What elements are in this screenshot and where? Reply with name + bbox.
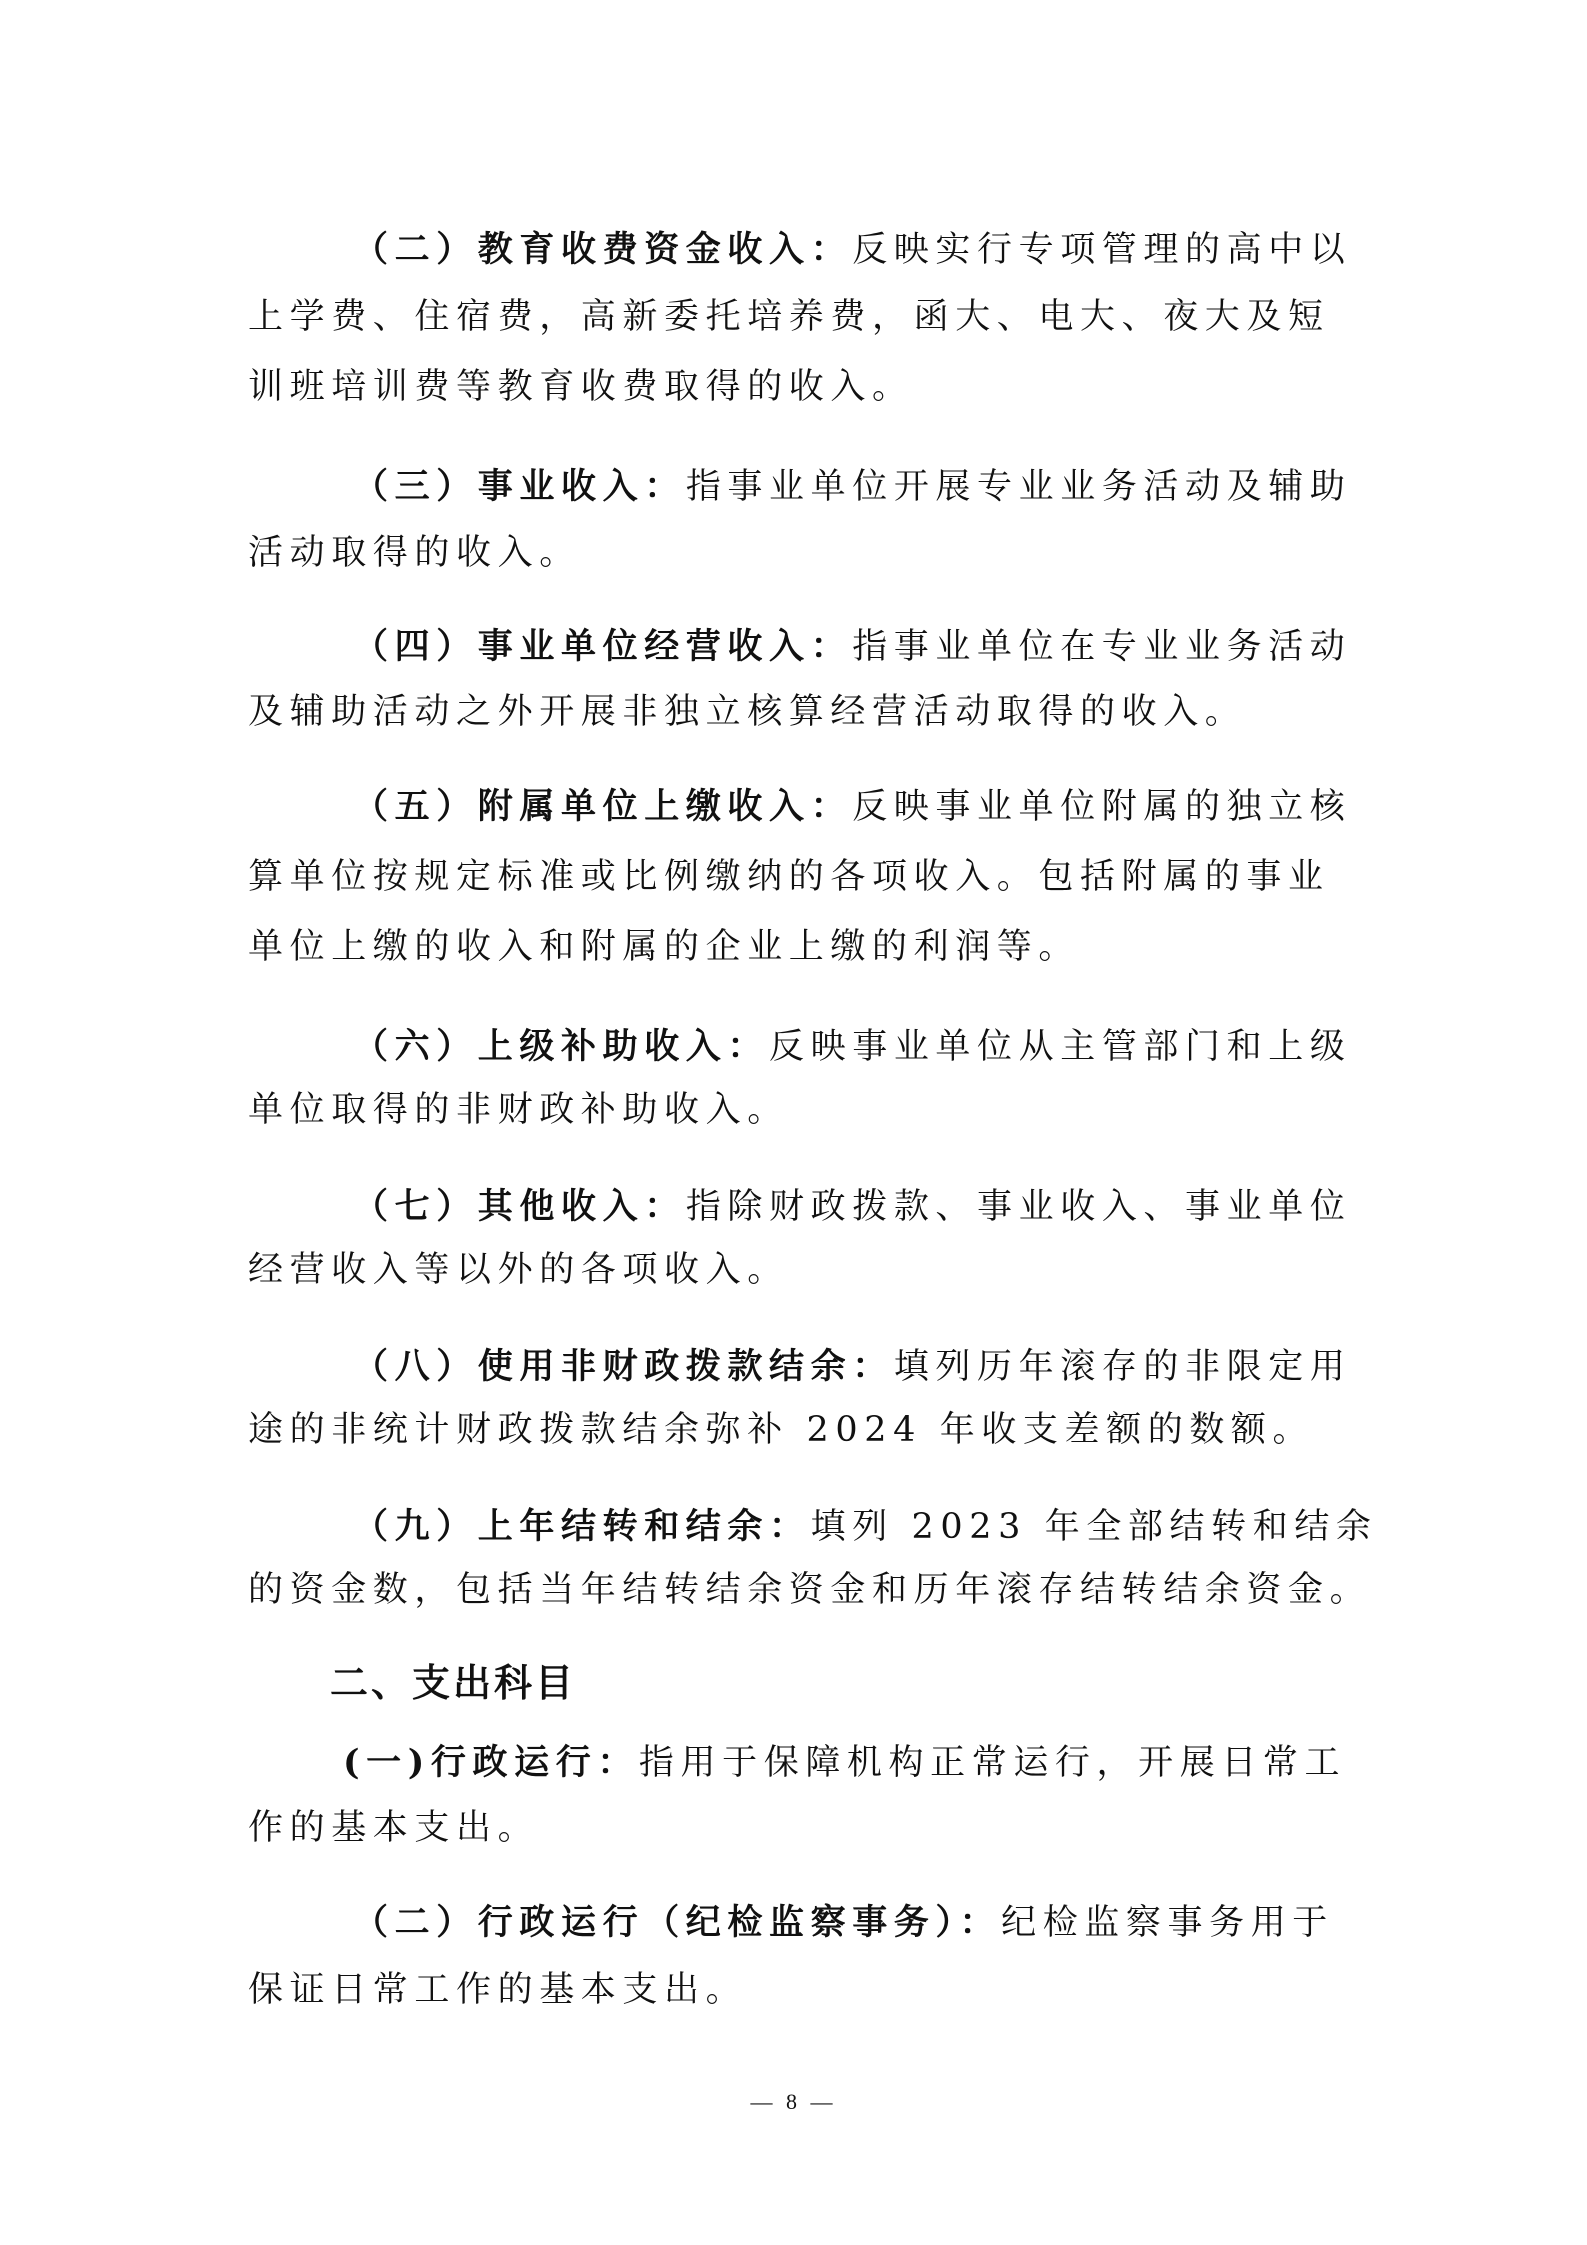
item-text: 指除财政拨款、事业收入、事业单位 (686, 1187, 1352, 1227)
paragraph-line: （九）上年结转和结余：填列 2023 年全部结转和结余 (353, 1503, 1358, 1551)
item-text: 填列历年滚存的非限定用 (894, 1347, 1352, 1387)
paragraph-line: 训班培训费等教育收费取得的收入。 (248, 363, 1358, 411)
paragraph-line: 保证日常工作的基本支出。 (248, 1966, 1358, 2014)
item-title: （六）上级补助收入： (353, 1026, 769, 1067)
item-title: （二）行政运行（纪检监察事务）： (353, 1902, 1001, 1943)
paragraph-line: （五）附属单位上缴收入：反映事业单位附属的独立核 (353, 783, 1358, 831)
paragraph-line: （二）行政运行（纪检监察事务）：纪检监察事务用于 (353, 1899, 1358, 1947)
document-page: （二）教育收费资金收入：反映实行专项管理的高中以 上学费、住宿费，高新委托培养费… (0, 0, 1587, 2245)
section-heading: 二、支出科目 (330, 1657, 576, 1709)
paragraph-line: 的资金数，包括当年结转结余资金和历年滚存结转结余资金。 (248, 1566, 1358, 1614)
item-text: 反映事业单位从主管部门和上级 (769, 1027, 1351, 1067)
item-title: （四）事业单位经营收入： (353, 626, 852, 667)
item-title: （三）事业收入： (353, 466, 686, 507)
item-text: 填列 2023 年全部结转和结余 (811, 1507, 1378, 1547)
item-title: (一)行政运行： (343, 1742, 639, 1783)
paragraph-line: (一)行政运行：指用于保障机构正常运行，开展日常工 (343, 1739, 1348, 1787)
paragraph-line: （三）事业收入：指事业单位开展专业业务活动及辅助 (353, 463, 1358, 511)
paragraph-line: 上学费、住宿费，高新委托培养费，函大、电大、夜大及短 (248, 293, 1358, 341)
item-title: （二）教育收费资金收入： (353, 229, 852, 270)
item-title: （八）使用非财政拨款结余： (353, 1346, 894, 1387)
item-title: （七）其他收入： (353, 1186, 686, 1227)
paragraph-line: 活动取得的收入。 (248, 529, 1358, 577)
paragraph-line: （八）使用非财政拨款结余：填列历年滚存的非限定用 (353, 1343, 1358, 1391)
paragraph-line: 单位上缴的收入和附属的企业上缴的利润等。 (248, 923, 1358, 971)
paragraph-line: （七）其他收入：指除财政拨款、事业收入、事业单位 (353, 1183, 1358, 1231)
page-number: — 8 — (0, 2088, 1587, 2116)
item-text: 指事业单位开展专业业务活动及辅助 (686, 467, 1352, 507)
paragraph-line: 作的基本支出。 (248, 1804, 1358, 1852)
item-text: 指用于保障机构正常运行，开展日常工 (639, 1743, 1346, 1783)
paragraph-line: 算单位按规定标准或比例缴纳的各项收入。包括附属的事业 (248, 853, 1358, 901)
item-text: 反映事业单位附属的独立核 (852, 787, 1351, 827)
paragraph-line: （二）教育收费资金收入：反映实行专项管理的高中以 (353, 226, 1358, 274)
item-title: （九）上年结转和结余： (353, 1506, 811, 1547)
paragraph-line: 途的非统计财政拨款结余弥补 2024 年收支差额的数额。 (248, 1406, 1358, 1454)
paragraph-line: 及辅助活动之外开展非独立核算经营活动取得的收入。 (248, 688, 1358, 736)
paragraph-line: （四）事业单位经营收入：指事业单位在专业业务活动 (353, 623, 1358, 671)
item-text: 纪检监察事务用于 (1001, 1903, 1334, 1943)
item-text: 反映实行专项管理的高中以 (852, 230, 1351, 270)
item-title: （五）附属单位上缴收入： (353, 786, 852, 827)
paragraph-line: 单位取得的非财政补助收入。 (248, 1086, 1358, 1134)
paragraph-line: （六）上级补助收入：反映事业单位从主管部门和上级 (353, 1023, 1358, 1071)
paragraph-line: 经营收入等以外的各项收入。 (248, 1246, 1358, 1294)
item-text: 指事业单位在专业业务活动 (852, 627, 1351, 667)
